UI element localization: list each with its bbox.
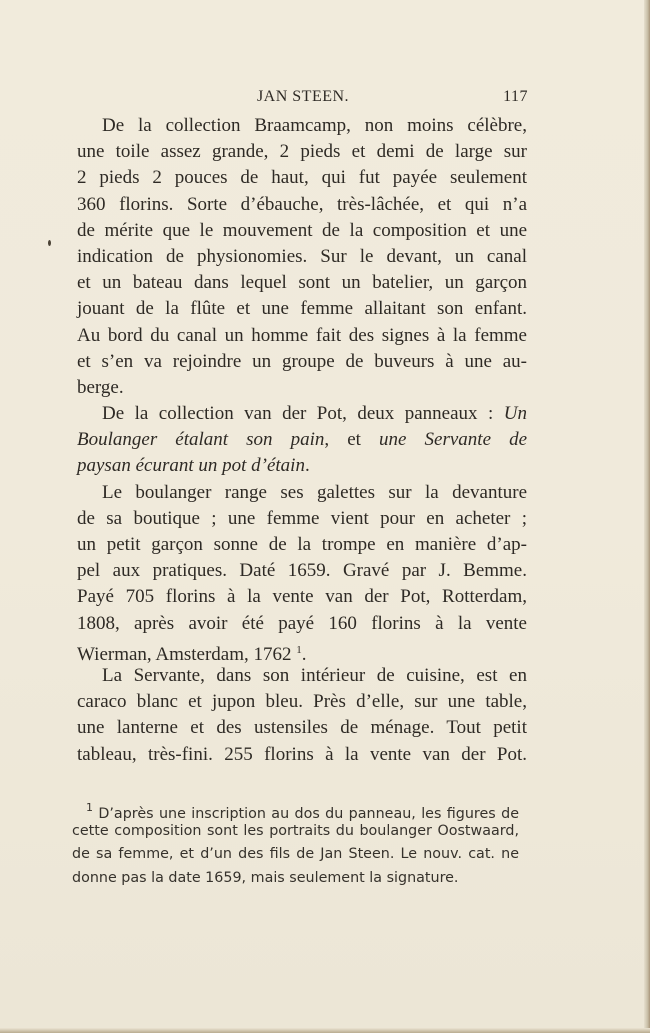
text-line: de sa boutique ; une femme vient pour en… <box>77 506 527 532</box>
roman-text: , et <box>324 429 379 450</box>
text-line: de mérite que le mouvement de la composi… <box>77 218 527 244</box>
page-edge-bottom <box>0 1028 650 1033</box>
book-page: JAN STEEN. 117 De la collection Braamcam… <box>0 0 650 1033</box>
running-head: JAN STEEN. 117 <box>78 88 528 110</box>
text-line: Le boulanger range ses galettes sur la d… <box>77 480 527 506</box>
roman-text: . <box>305 455 310 476</box>
text-line: paysan écurant un pot d’étain. <box>77 453 527 479</box>
footnote-line: donne pas la date 1659, mais seulement l… <box>72 867 519 891</box>
text-line: Wierman, Amsterdam, 1762 1. <box>77 637 527 663</box>
text-line: et s’en va rejoindre un groupe de buveur… <box>77 349 527 375</box>
text-line: Boulanger étalant son pain, et une Serva… <box>77 427 527 453</box>
text-line: une lanterne et des ustensiles de ménage… <box>77 715 527 741</box>
italic-title: une Servante de <box>379 429 527 450</box>
italic-title: Un <box>504 403 527 424</box>
text-line: jouant de la flûte et une femme allaitan… <box>77 296 527 322</box>
footnote-line: cette composition sont les portraits du … <box>72 820 519 844</box>
running-title: JAN STEEN. <box>78 88 528 106</box>
page-edge-right <box>644 0 650 1033</box>
text-line: 2 pieds 2 pouces de haut, qui fut payée … <box>77 165 527 191</box>
ink-speck <box>48 240 51 246</box>
roman-text: . <box>302 644 307 665</box>
text-line: et un bateau dans lequel sont un batelie… <box>77 270 527 296</box>
footnote-line: de sa femme, et d’un des fils de Jan Ste… <box>72 843 519 867</box>
text-line: un petit garçon sonne de la trompe en ma… <box>77 532 527 558</box>
body-text: De la collection Braamcamp, non moins cé… <box>77 113 527 768</box>
text-line: une toile assez grande, 2 pieds et demi … <box>77 139 527 165</box>
roman-text: De la collection van der Pot, deux panne… <box>102 403 504 424</box>
text-line: Payé 705 florins à la vente van der Pot,… <box>77 584 527 610</box>
italic-title: Boulanger étalant son pain <box>77 429 324 450</box>
text-line: pel aux pratiques. Daté 1659. Gravé par … <box>77 558 527 584</box>
text-line: De la collection Braamcamp, non moins cé… <box>77 113 527 139</box>
text-line: tableau, très-fini. 255 florins à la ven… <box>77 742 527 768</box>
text-line: caraco blanc et jupon bleu. Près d’elle,… <box>77 689 527 715</box>
text-line: 360 florins. Sorte d’ébauche, très-lâché… <box>77 192 527 218</box>
text-line: 1808, après avoir été payé 160 florins à… <box>77 611 527 637</box>
italic-title: paysan écurant un pot d’étain <box>77 455 305 476</box>
footnote-marker: 1 <box>86 801 93 814</box>
roman-text: Wierman, Amsterdam, 1762 <box>77 644 292 665</box>
text-line: berge. <box>77 375 527 401</box>
text-line: Au bord du canal un homme fait des signe… <box>77 323 527 349</box>
page-number: 117 <box>503 88 528 106</box>
text-line: indication de physionomies. Sur le devan… <box>77 244 527 270</box>
footnotes: 1 D’après une inscription au dos du pann… <box>72 796 519 890</box>
footnote-line: 1 D’après une inscription au dos du pann… <box>72 796 519 820</box>
text-line: De la collection van der Pot, deux panne… <box>77 401 527 427</box>
text-line: La Servante, dans son intérieur de cuisi… <box>77 663 527 689</box>
